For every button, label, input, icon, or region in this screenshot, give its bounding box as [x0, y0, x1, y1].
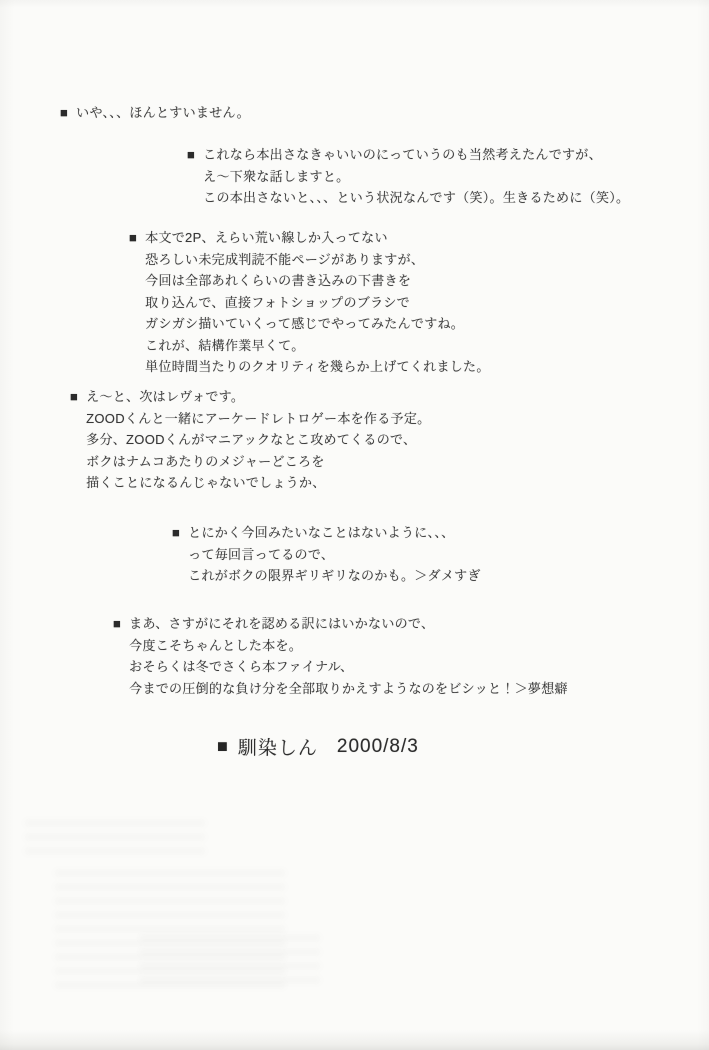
paragraph-block: ■ いや、、、ほんとすいません。	[60, 102, 250, 124]
paragraph-text: これなら本出さなきゃいいのにっていうのも当然考えたんですが、え～下衆な話しますと…	[203, 144, 629, 209]
bleedthrough-ghost	[25, 820, 205, 860]
paragraph-text: 本文で2P、えらい荒い線しか入ってない恐ろしい未完成判読不能ページがありますが、…	[145, 227, 490, 378]
square-bullet-icon: ■	[113, 613, 121, 635]
text-line: 単位時間当たりのクオリティを幾らか上げてくれました。	[145, 356, 490, 378]
paragraph-block: ■ まあ、さすがにそれを認める訳にはいかないので、今度こそちゃんとした本を。おそ…	[113, 613, 568, 699]
square-bullet-icon: ■	[129, 227, 137, 249]
square-bullet-icon: ■	[70, 386, 78, 408]
text-line: 多分、ZOODくんがマニアックなとこ攻めてくるので、	[86, 429, 430, 451]
signature-line: ■ 馴染しん 2000/8/3	[217, 733, 419, 760]
text-line: ガシガシ描いていくって感じでやってみたんですね。	[145, 313, 490, 335]
paragraph-block: ■ え～と、次はレヴォです。ZOODくんと一緒にアーケードレトロゲー本を作る予定…	[70, 386, 430, 494]
square-bullet-icon: ■	[172, 522, 180, 544]
author-name: 馴染しん	[238, 733, 318, 760]
paragraph-block: ■ 本文で2P、えらい荒い線しか入ってない恐ろしい未完成判読不能ページがあります…	[129, 227, 490, 378]
paragraph-block: ■ とにかく今回みたいなことはないように、、、って毎回言ってるので、これがボクの…	[172, 522, 481, 587]
square-bullet-icon: ■	[217, 737, 229, 756]
text-line: え～下衆な話しますと。	[203, 166, 629, 188]
text-line: これが、結構作業早くて。	[145, 335, 490, 357]
text-line: 今までの圧倒的な負け分を全部取りかえすようなのをビシッと！＞夢想癖	[129, 678, 568, 700]
square-bullet-icon: ■	[60, 102, 68, 124]
text-line: これなら本出さなきゃいいのにっていうのも当然考えたんですが、	[203, 144, 629, 166]
text-line: まあ、さすがにそれを認める訳にはいかないので、	[129, 613, 568, 635]
scanned-afterword-page: ■ いや、、、ほんとすいません。 ■ これなら本出さなきゃいいのにっていうのも当…	[0, 0, 709, 1050]
paragraph-text: とにかく今回みたいなことはないように、、、って毎回言ってるので、これがボクの限界…	[188, 522, 481, 587]
paragraph-text: え～と、次はレヴォです。ZOODくんと一緒にアーケードレトロゲー本を作る予定。多…	[86, 386, 430, 494]
text-line: って毎回言ってるので、	[188, 544, 481, 566]
text-line: 今回は全部あれくらいの書き込みの下書きを	[145, 270, 490, 292]
paragraph-text: いや、、、ほんとすいません。	[76, 102, 250, 124]
text-line: 描くことになるんじゃないでしょうか、	[86, 472, 430, 494]
text-line: 本文で2P、えらい荒い線しか入ってない	[145, 227, 490, 249]
bleedthrough-ghost	[55, 870, 285, 990]
text-line: え～と、次はレヴォです。	[86, 386, 430, 408]
text-line: 今度こそちゃんとした本を。	[129, 635, 568, 657]
signature-date: 2000/8/3	[337, 736, 419, 758]
bleedthrough-ghost	[140, 935, 320, 985]
text-line: この本出さないと、、、という状況なんです（笑）。生きるために（笑）。	[203, 187, 629, 209]
text-line: おそらくは冬でさくら本ファイナル、	[129, 656, 568, 678]
square-bullet-icon: ■	[187, 144, 195, 166]
text-line: 恐ろしい未完成判読不能ページがありますが、	[145, 249, 490, 271]
text-line: とにかく今回みたいなことはないように、、、	[188, 522, 481, 544]
text-line: これがボクの限界ギリギリなのかも。＞ダメすぎ	[188, 565, 481, 587]
text-line: ZOODくんと一緒にアーケードレトロゲー本を作る予定。	[86, 408, 430, 430]
paragraph-block: ■ これなら本出さなきゃいいのにっていうのも当然考えたんですが、え～下衆な話しま…	[187, 144, 629, 209]
text-line: いや、、、ほんとすいません。	[76, 102, 250, 124]
paragraph-text: まあ、さすがにそれを認める訳にはいかないので、今度こそちゃんとした本を。おそらく…	[129, 613, 568, 699]
text-line: ボクはナムコあたりのメジャーどころを	[86, 451, 430, 473]
text-line: 取り込んで、直接フォトショップのブラシで	[145, 292, 490, 314]
